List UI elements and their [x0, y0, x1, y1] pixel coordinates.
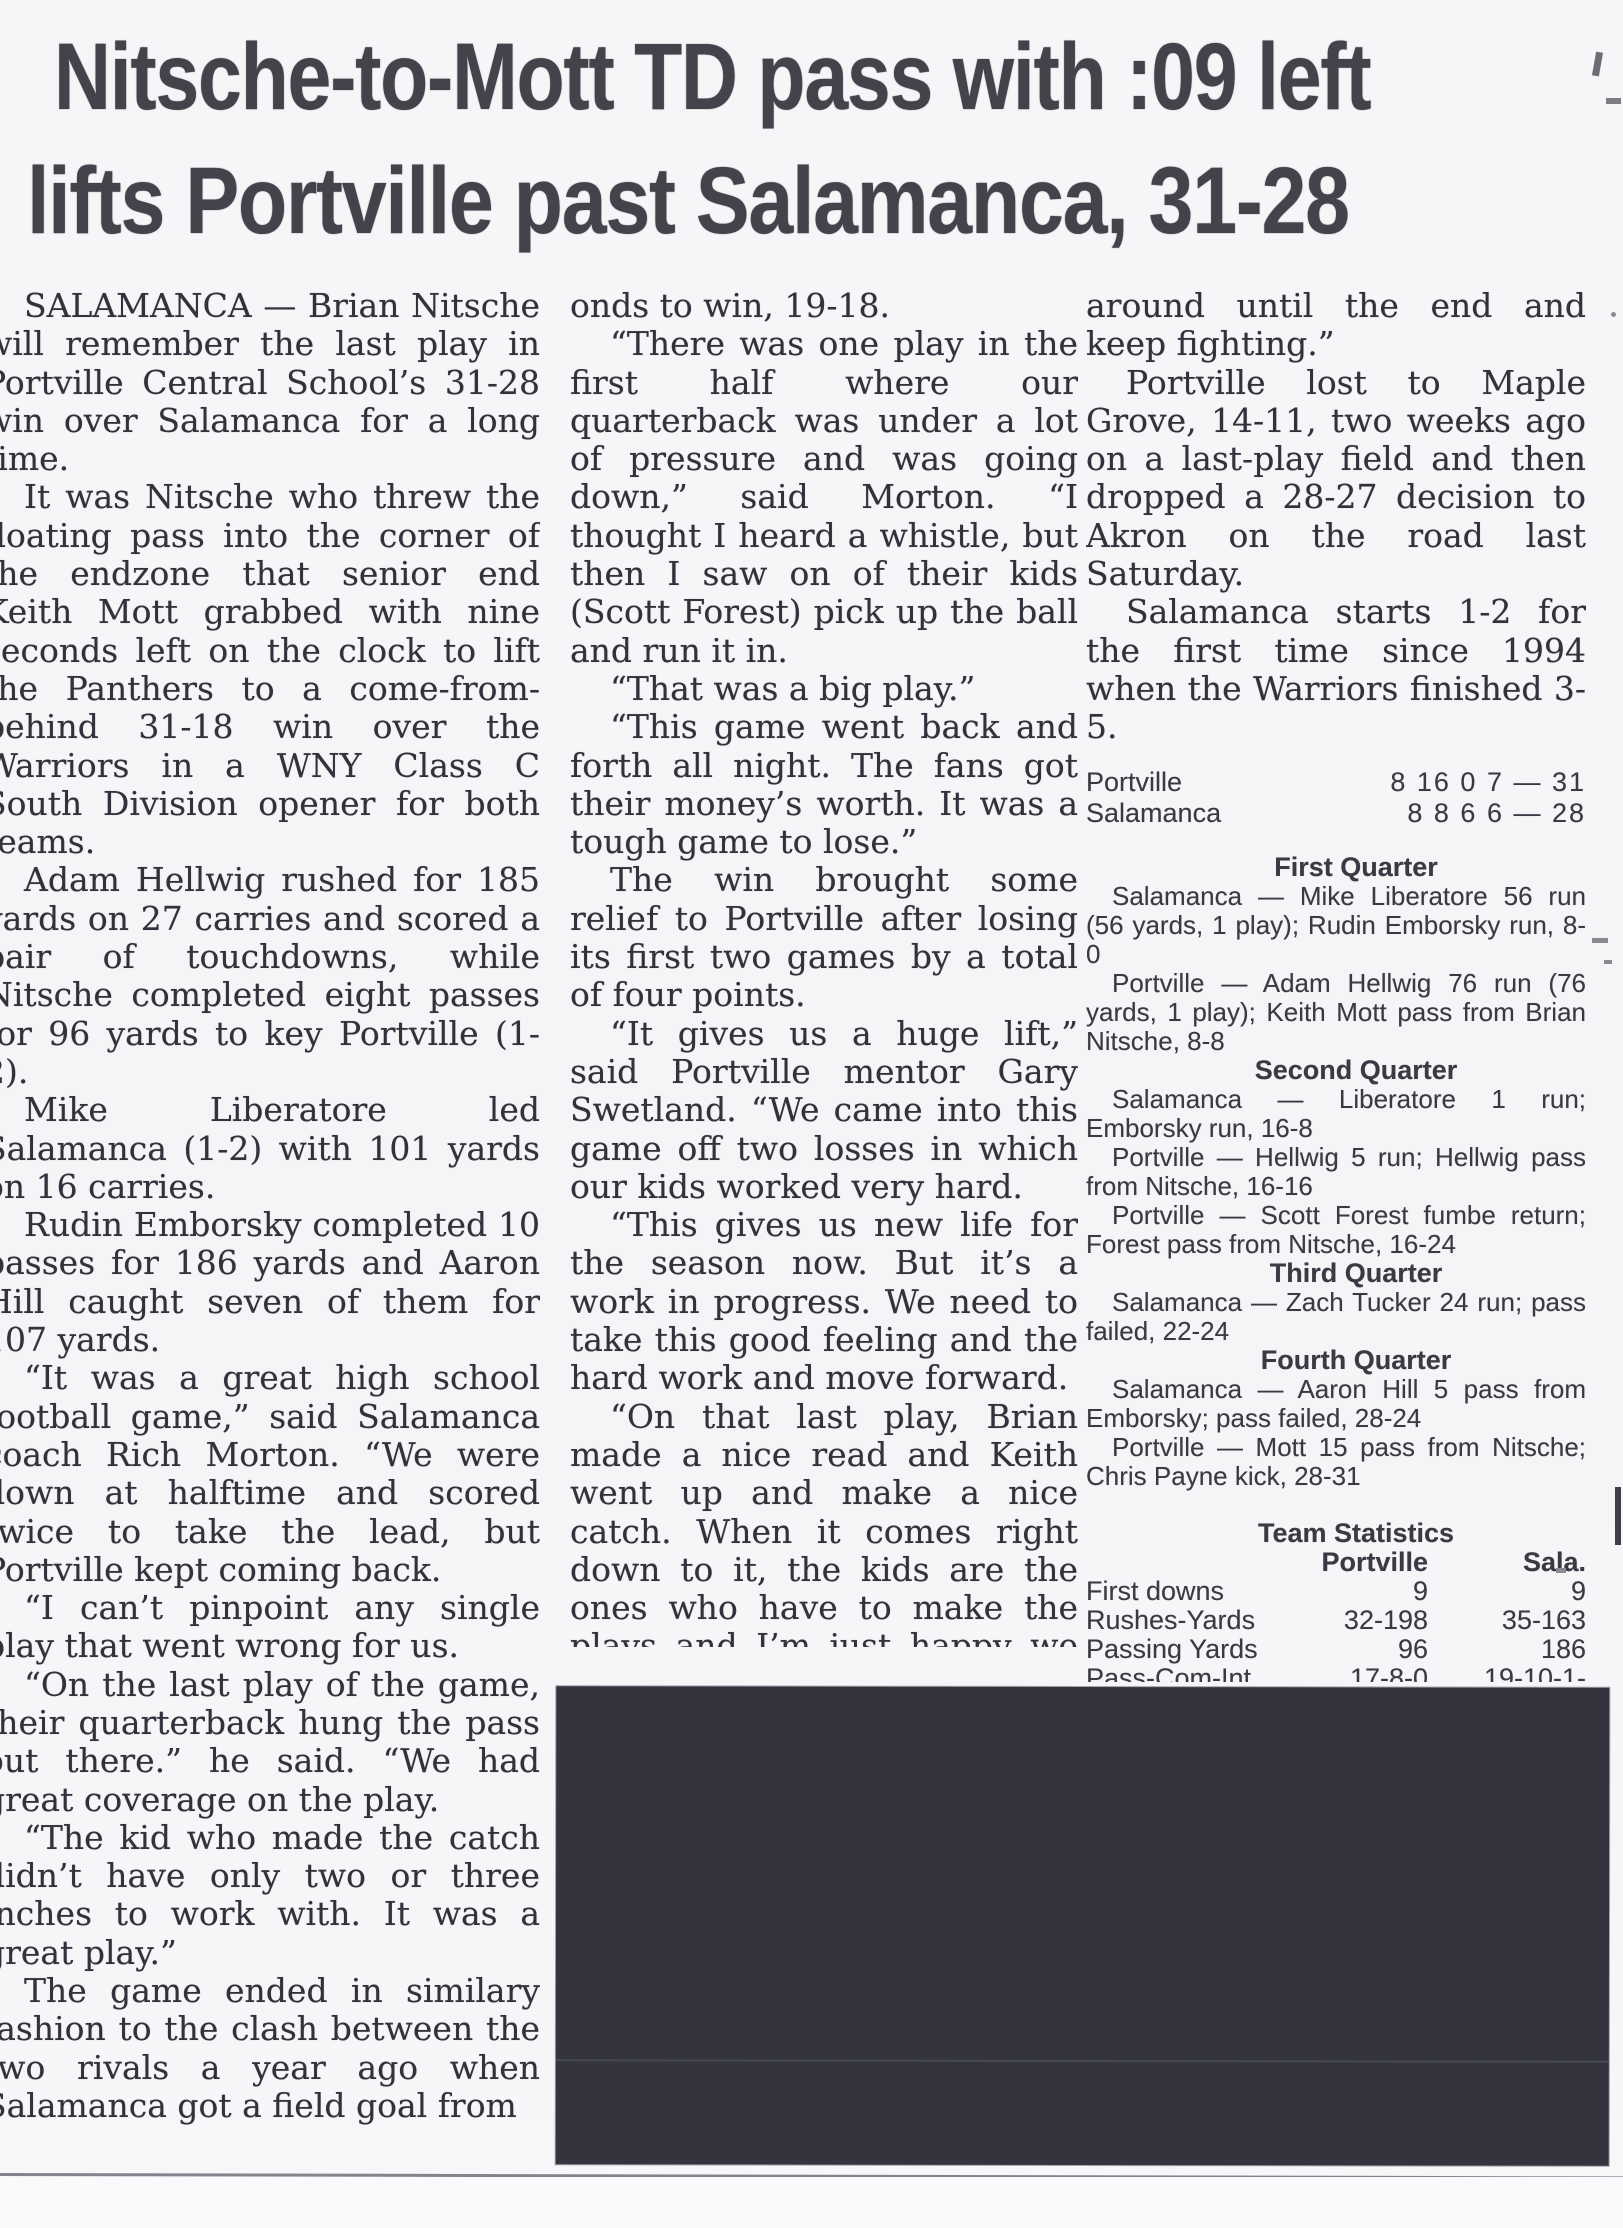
article-paragraph: “This game went back and forth all night…: [570, 708, 1078, 861]
quarter-heading: Second Quarter: [1086, 1056, 1586, 1085]
team-statistics-title: Team Statistics: [1086, 1519, 1586, 1548]
team-statistics: Team Statistics Portville Sala. First do…: [1086, 1519, 1586, 1682]
article-paragraph: “There was one play in the first half wh…: [570, 325, 1078, 670]
stat-value-salamanca: 35-163: [1428, 1606, 1586, 1635]
article-paragraph: “On that last play, Brian made a nice re…: [570, 1398, 1078, 1647]
scoring-entry: Portville — Mott 15 pass from Nitsche; C…: [1086, 1433, 1586, 1491]
scoring-entry: Portville — Hellwig 5 run; Hellwig pass …: [1086, 1143, 1586, 1201]
article-paragraph: Portville lost to Maple Grove, 14-11, tw…: [1086, 364, 1586, 594]
scan-artifact: [1604, 960, 1612, 964]
scan-artifact: [1615, 1487, 1621, 1545]
article-paragraph: Mike Liberatore led Salamanca (1-2) with…: [0, 1091, 540, 1206]
scan-artifact: [1556, 1568, 1566, 1573]
article-paragraph: “I can’t pinpoint any single play that w…: [0, 1589, 540, 1666]
article-paragraph: “On the last play of the game, their qua…: [0, 1666, 540, 1819]
article-paragraph: The win brought some relief to Portville…: [570, 861, 1078, 1014]
article-paragraph: around until the end and keep fighting.”: [1086, 287, 1586, 364]
stat-col-header-portville: Portville: [1278, 1548, 1428, 1577]
article-paragraph: “It gives us a huge lift,” said Portvill…: [570, 1015, 1078, 1206]
stat-value-salamanca: 19-10-1-: [1428, 1664, 1586, 1682]
stat-label: First downs: [1086, 1577, 1278, 1606]
article-paragraph: “It was a great high school football gam…: [0, 1359, 540, 1589]
scan-artifact: [556, 2059, 1609, 2062]
stat-value-portville: 32-198: [1278, 1606, 1428, 1635]
scoring-entry: Salamanca — Zach Tucker 24 run; pass fai…: [1086, 1288, 1586, 1346]
stat-row: Passing Yards96186: [1086, 1635, 1586, 1664]
stat-value-portville: 96: [1278, 1635, 1428, 1664]
linescore-row: Salamanca 8 8 6 6 — 28: [1086, 798, 1586, 829]
article-paragraph: The game ended in similary fashion to th…: [0, 1972, 540, 2125]
article-paragraph: It was Nitsche who threw the floating pa…: [0, 478, 540, 861]
linescore-team: Salamanca: [1086, 798, 1221, 829]
scan-margin: [0, 2177, 1623, 2228]
article-paragraph: Adam Hellwig rushed for 185 yards on 27 …: [0, 861, 540, 1091]
quarter-heading: First Quarter: [1086, 853, 1586, 882]
scoring-entry: Salamanca — Liberatore 1 run; Emborsky r…: [1086, 1085, 1586, 1143]
article-paragraph: Salamanca starts 1-2 for the first time …: [1086, 593, 1586, 746]
article-column-3: around until the end and keep fighting.”…: [1086, 287, 1586, 1682]
stat-value-portville: 9: [1278, 1577, 1428, 1606]
article-column-2: onds to win, 19-18. “There was one play …: [570, 287, 1078, 1647]
scan-artifact: [1606, 98, 1621, 104]
article-paragraph: “The kid who made the catch didn’t have …: [0, 1819, 540, 1972]
linescore-row: Portville 8 16 0 7 — 31: [1086, 767, 1586, 798]
stat-label-header: [1086, 1548, 1278, 1577]
article-paragraph: “This gives us new life for the season n…: [570, 1206, 1078, 1397]
linescore-score: 8 16 0 7 — 31: [1390, 767, 1586, 798]
scan-artifact: [1592, 52, 1603, 77]
headline-line-1: Nitsche-to-Mott TD pass with :09 left: [54, 28, 1370, 128]
linescore-team: Portville: [1086, 767, 1182, 798]
scoring-entry: Portville — Scott Forest fumbe return; F…: [1086, 1201, 1586, 1259]
linescore-score: 8 8 6 6 — 28: [1407, 798, 1586, 829]
scoring-entry: Salamanca — Aaron Hill 5 pass from Embor…: [1086, 1375, 1586, 1433]
stat-label: Rushes-Yards: [1086, 1606, 1278, 1635]
stat-label: Passing Yards: [1086, 1635, 1278, 1664]
stat-label: Pass-Com-Int.: [1086, 1664, 1278, 1682]
article-paragraph: Rudin Emborsky completed 10 passes for 1…: [0, 1206, 540, 1359]
scan-artifact: [1611, 312, 1616, 317]
scoring-entry: Salamanca — Mike Liberatore 56 run (56 y…: [1086, 882, 1586, 969]
headline-line-2: lifts Portville past Salamanca, 31-28: [27, 152, 1349, 252]
article-paragraph: onds to win, 19-18.: [570, 287, 1078, 325]
scoring-entry: Portville — Adam Hellwig 76 run (76 yard…: [1086, 969, 1586, 1056]
stat-row: First downs99: [1086, 1577, 1586, 1606]
linescore: Portville 8 16 0 7 — 31 Salamanca 8 8 6 …: [1086, 767, 1586, 829]
quarter-heading: Fourth Quarter: [1086, 1346, 1586, 1375]
newspaper-clipping-scan: Nitsche-to-Mott TD pass with :09 left li…: [0, 0, 1623, 2228]
stat-value-salamanca: 9: [1428, 1577, 1586, 1606]
scoring-summary: First Quarter Salamanca — Mike Liberator…: [1086, 853, 1586, 1491]
article-column-1: SALAMANCA — Brian Nitsche will remember …: [0, 287, 540, 2170]
stat-row: Pass-Com-Int.17-8-019-10-1-: [1086, 1664, 1586, 1682]
stat-value-portville: 17-8-0: [1278, 1664, 1428, 1682]
article-paragraph: “That was a big play.”: [570, 670, 1078, 708]
stat-row: Rushes-Yards32-19835-163: [1086, 1606, 1586, 1635]
blacked-out-photo: [556, 1686, 1610, 2165]
quarter-heading: Third Quarter: [1086, 1259, 1586, 1288]
team-statistics-header-row: Portville Sala.: [1086, 1548, 1586, 1577]
stat-value-salamanca: 186: [1428, 1635, 1586, 1664]
scan-artifact: [1592, 938, 1608, 943]
article-paragraph: SALAMANCA — Brian Nitsche will remember …: [0, 287, 540, 478]
